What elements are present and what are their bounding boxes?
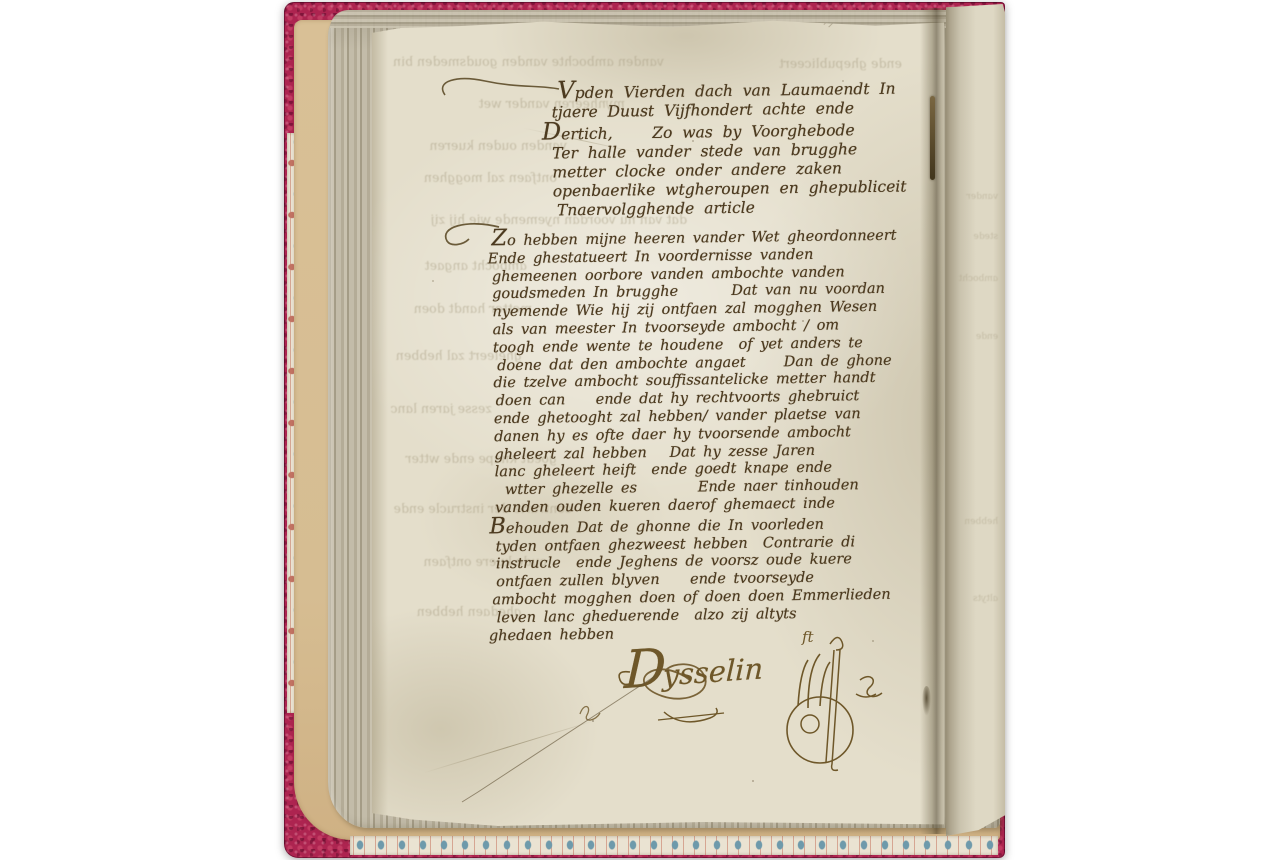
sewing-thread [930, 96, 935, 180]
notary-mark-eight-flourish [856, 677, 882, 697]
paragraph-1: Vpden Vierden dach van Laumaendt Intjaer… [551, 77, 907, 221]
signature-flourishes [432, 610, 892, 825]
manuscript-line: vander [955, 192, 998, 202]
diagonal-pen-stroke [462, 676, 655, 802]
manuscript-line: stede [959, 232, 998, 242]
paragraph-2: Zo hebben mijne heeren vander Wet gheord… [491, 225, 902, 646]
manuscript-book-photo: vanderstedeambochtendehebbenaltyts vande… [284, 2, 1005, 858]
signature-leadin-curl [619, 672, 632, 685]
notary-mark-circle [787, 697, 853, 763]
notary-mark-inner-circle [801, 715, 819, 733]
manuscript-line: altyts [959, 594, 998, 604]
marbled-endpaper-bottom [350, 836, 998, 855]
signature-flourish-d [644, 664, 706, 698]
verso-page: vanden ambochte vanden goudsmeden binnen… [372, 20, 944, 826]
recto-page: vanderstedeambochtendehebbenaltyts [946, 4, 1005, 836]
notary-mark-strokes [798, 654, 830, 708]
manuscript-line: ambocht [957, 274, 998, 284]
sewing-station [922, 686, 931, 716]
manuscript-line: ende [961, 332, 998, 342]
manuscript-line: hebben [955, 517, 998, 527]
photo-canvas: vanderstedeambochtendehebbenaltyts vande… [0, 0, 1280, 860]
manuscript-line: Tnaervolgghende article [557, 197, 907, 221]
